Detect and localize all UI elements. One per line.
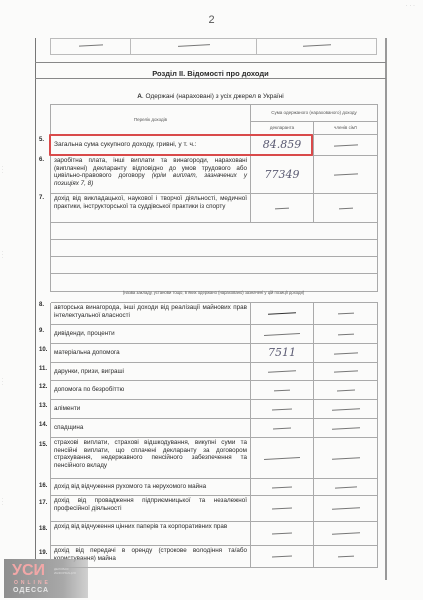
dash-mark	[331, 408, 359, 410]
watermark-logo: УСИ ДЕЛОВАЯ ИНФОРМАЦИЯ ONLINE ОДЕССА	[4, 559, 88, 598]
declarant-value	[251, 400, 314, 419]
dash-mark	[333, 174, 357, 176]
page-number: 2	[0, 14, 423, 26]
row-label: страхові виплати, страхові відшкодування…	[51, 438, 251, 479]
family-value	[314, 135, 378, 156]
family-value	[314, 496, 378, 522]
row-label: дохід від викладацької, наукової і творч…	[51, 194, 251, 223]
dash-mark	[272, 486, 292, 488]
table-row-7: дохід від викладацької, наукової і творч…	[51, 194, 378, 223]
header-family: членів сім'ї	[314, 122, 378, 135]
row-number: 17.	[39, 500, 50, 506]
dash-mark	[272, 533, 292, 535]
watermark-online: ONLINE	[14, 580, 51, 586]
dash-mark	[336, 389, 354, 391]
row-number: 13.	[39, 403, 50, 409]
family-value	[314, 303, 378, 325]
dash-mark	[272, 408, 292, 410]
row-number: 6.	[39, 157, 50, 163]
header-sum: Сума одержаного (нарахованого) доходу	[251, 105, 378, 122]
scan-margin-marks: ···	[2, 250, 3, 259]
dash-mark	[78, 44, 102, 46]
row-label: допомога по безробіттю	[51, 381, 251, 400]
income-table: Перелік доходів Сума одержаного (нарахов…	[50, 104, 378, 568]
previous-section-table-row	[50, 38, 377, 55]
dash-mark	[268, 312, 296, 314]
dash-mark	[268, 370, 296, 372]
row-label: дохід від відчуження рухомого та нерухом…	[51, 479, 251, 496]
dash-mark	[274, 389, 290, 391]
dash-mark	[273, 427, 291, 429]
family-value	[314, 400, 378, 419]
family-value	[314, 546, 378, 568]
row-number: 8.	[39, 302, 50, 308]
family-value	[314, 156, 378, 194]
dash-mark	[331, 507, 359, 509]
blank-row-4	[51, 274, 378, 292]
scan-margin-marks: ···	[2, 497, 3, 506]
scan-margin-marks: ···	[2, 165, 3, 174]
row-number: 16.	[39, 483, 50, 489]
row-label: матеріальна допомога	[51, 344, 251, 363]
dash-mark	[333, 144, 357, 146]
dash-mark	[333, 352, 357, 354]
row-number: 12.	[39, 384, 50, 390]
red-highlight-box	[49, 134, 313, 156]
row-label: заробітна плата, інші виплати та винагор…	[51, 156, 251, 194]
declarant-value	[251, 303, 314, 325]
dash-mark	[303, 45, 331, 47]
table-row-10: матеріальна допомога 7511	[51, 344, 378, 363]
family-value	[314, 194, 378, 223]
subsection-title: А. Одержані (нараховані) з усіх джерел в…	[35, 93, 386, 100]
declarant-value	[251, 496, 314, 522]
dash-mark	[331, 427, 359, 429]
table-row-19: дохід від передачі в оренду (строкове во…	[51, 546, 378, 568]
dash-mark	[337, 333, 353, 335]
family-value	[314, 325, 378, 344]
table-row-17: дохід від провадження підприємницької та…	[51, 496, 378, 522]
section-divider-top	[35, 62, 386, 63]
row-number: 18.	[39, 526, 50, 532]
row-number: 14.	[39, 422, 50, 428]
family-value	[314, 381, 378, 400]
row-label: авторська винагорода, інші доходи від ре…	[51, 303, 251, 325]
declarant-value	[251, 325, 314, 344]
table-row-14: спадщина	[51, 419, 378, 438]
dash-mark	[272, 556, 292, 558]
declarant-value	[251, 546, 314, 568]
row-label: аліменти	[51, 400, 251, 419]
declarant-value	[251, 522, 314, 546]
watermark-brand: УСИ	[12, 562, 45, 580]
outer-frame-right	[385, 38, 387, 580]
declarant-value	[251, 479, 314, 496]
row-label: дивіденди, проценти	[51, 325, 251, 344]
table-row-8: авторська винагорода, інші доходи від ре…	[51, 303, 378, 325]
table-row-16: дохід від відчуження рухомого та нерухом…	[51, 479, 378, 496]
dash-mark	[264, 333, 300, 336]
blank-row-2	[51, 240, 378, 257]
subsection-text: . Одержані (нараховані) з усіх джерел в …	[142, 93, 284, 100]
blank-row-1	[51, 223, 378, 240]
scan-margin-marks: ···	[2, 377, 3, 386]
blank-row-3	[51, 257, 378, 274]
dash-mark	[272, 508, 292, 510]
table-row-18: дохід від відчуження цінних паперів та к…	[51, 522, 378, 546]
dash-mark	[275, 207, 289, 209]
declarant-value	[251, 419, 314, 438]
row-number: 10.	[39, 347, 50, 353]
declarant-value: 77349	[251, 156, 314, 194]
table-row-13: аліменти	[51, 400, 378, 419]
dash-mark	[333, 371, 357, 373]
declarant-value: 7511	[251, 344, 314, 363]
dash-mark	[264, 457, 300, 460]
row-number: 11.	[39, 366, 50, 372]
prev-cell-1	[51, 39, 131, 54]
row-label: дохід від відчуження цінних паперів та к…	[51, 522, 251, 546]
declarant-value	[251, 438, 314, 479]
dash-mark	[337, 313, 353, 315]
watermark-city: ОДЕССА	[13, 587, 49, 594]
section-title: Розділ II. Відомості про доходи	[35, 69, 386, 78]
row-label: дохід від провадження підприємницької та…	[51, 496, 251, 522]
section-divider-bottom	[35, 78, 386, 79]
prev-cell-3	[257, 39, 376, 54]
row-label: спадщина	[51, 419, 251, 438]
watermark-tagline: ДЕЛОВАЯ ИНФОРМАЦИЯ	[54, 567, 88, 575]
family-value	[314, 438, 378, 479]
table-row-12: допомога по безробіттю	[51, 381, 378, 400]
header-declarant: декларанта	[251, 122, 314, 135]
table-row-15: страхові виплати, страхові відшкодування…	[51, 438, 378, 479]
family-value	[314, 522, 378, 546]
dash-mark	[331, 457, 359, 459]
row-number: 7.	[39, 195, 50, 201]
header-income-list: Перелік доходів	[51, 105, 251, 135]
dash-mark	[178, 44, 210, 47]
row-label: дарунки, призи, виграші	[51, 363, 251, 381]
outer-frame-left	[35, 38, 36, 578]
institution-caption: (назва закладу, установи тощо, в яких од…	[50, 290, 377, 295]
dash-mark	[337, 556, 353, 558]
table-row-9: дивіденди, проценти	[51, 325, 378, 344]
family-value	[314, 419, 378, 438]
dash-mark	[334, 486, 356, 488]
dash-mark	[338, 207, 352, 209]
row-number: 19.	[39, 550, 50, 556]
row-number: 9.	[39, 328, 50, 334]
family-value	[314, 479, 378, 496]
prev-cell-2	[131, 39, 257, 54]
declarant-value	[251, 194, 314, 223]
table-row-11: дарунки, призи, виграші	[51, 363, 378, 381]
declarant-value	[251, 363, 314, 381]
corner-scan-mark: · · ·	[406, 3, 415, 9]
row-number: 15.	[39, 442, 50, 448]
family-value	[314, 344, 378, 363]
table-row-6: заробітна плата, інші виплати та винагор…	[51, 156, 378, 194]
family-value	[314, 363, 378, 381]
dash-mark	[331, 532, 359, 534]
declarant-value	[251, 381, 314, 400]
